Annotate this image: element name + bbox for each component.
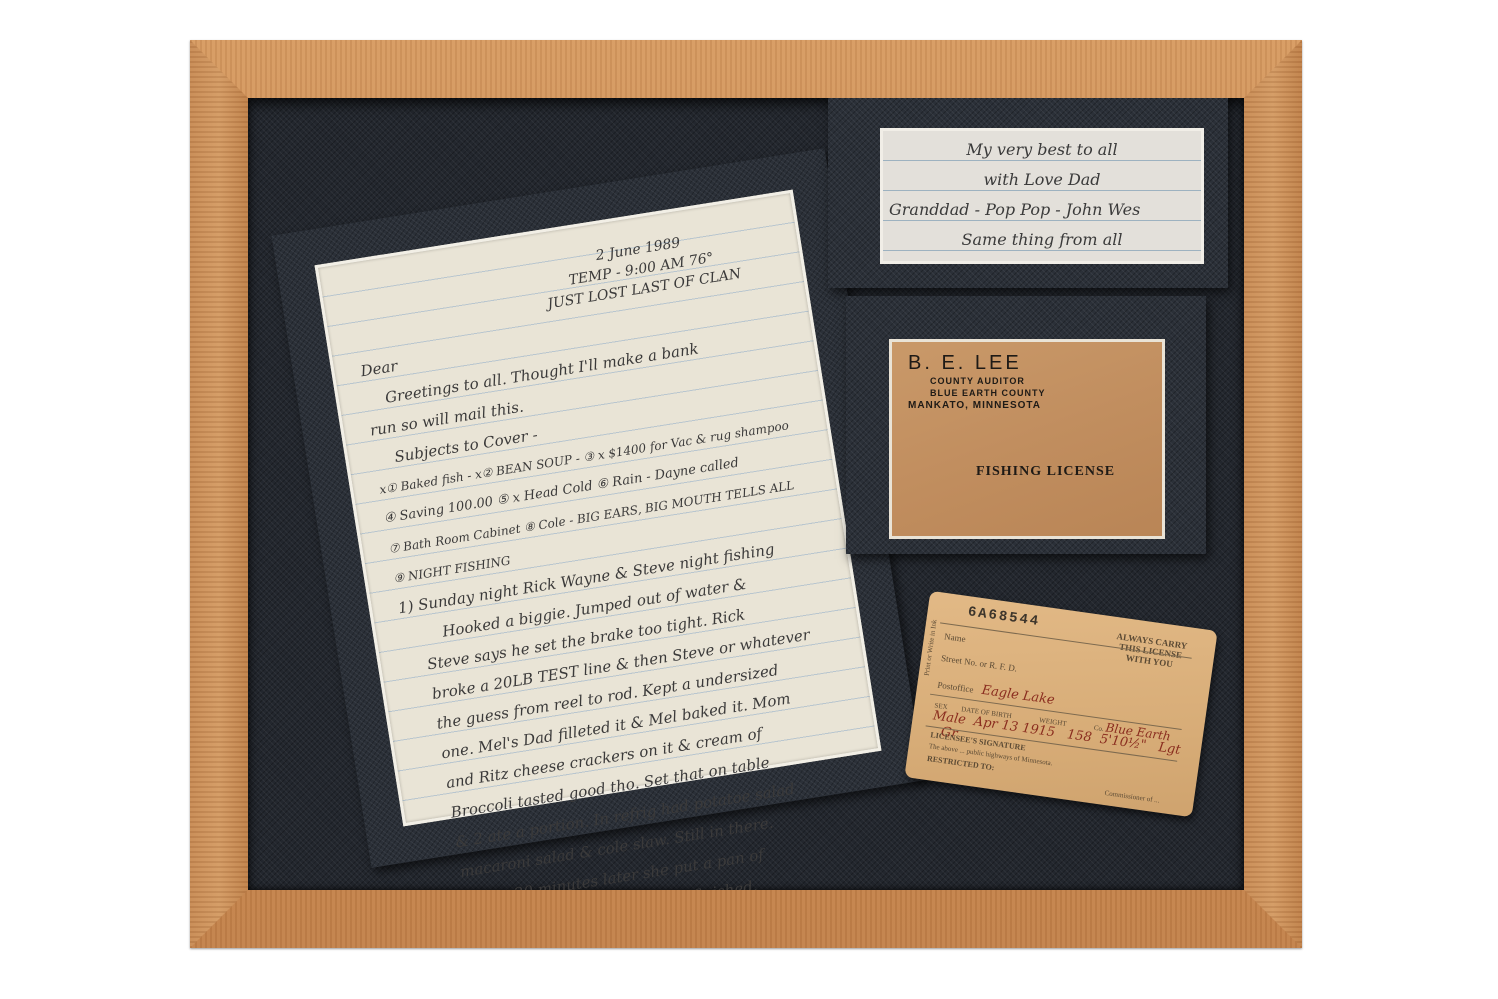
hair-value: Lgt <box>1157 740 1181 758</box>
handwritten-note: My very best to all with Love Dad Grandd… <box>880 128 1204 264</box>
weight-value: 158 <box>1066 727 1093 745</box>
wooden-frame: 2 June 1989 TEMP - 9:00 AM 76° JUST LOST… <box>190 40 1302 948</box>
handwritten-letter: 2 June 1989 TEMP - 9:00 AM 76° JUST LOST… <box>315 190 882 827</box>
frame-right-side <box>1244 40 1302 948</box>
note-line: Same thing from all <box>883 225 1201 255</box>
license-number: 6A68544 <box>967 604 1041 630</box>
fabric-backing: 2 June 1989 TEMP - 9:00 AM 76° JUST LOST… <box>248 98 1244 890</box>
envelope-city: MANKATO, MINNESOTA <box>908 399 1162 412</box>
carry-notice: ALWAYS CARRY THIS LICENSE WITH YOU <box>1113 631 1188 671</box>
envelope-county: BLUE EARTH COUNTY <box>930 387 1162 399</box>
note-mat: My very best to all with Love Dad Grandd… <box>828 98 1228 288</box>
envelope-title: COUNTY AUDITOR <box>930 375 1162 387</box>
letter-mat: 2 June 1989 TEMP - 9:00 AM 76° JUST LOST… <box>271 148 924 868</box>
note-line: Granddad - Pop Pop - John Wes <box>883 195 1201 225</box>
postoffice-label-text: Postoffice <box>937 680 974 695</box>
street-label: Street No. or R. F. D. <box>941 653 1018 674</box>
fishing-license-envelope: B. E. LEE COUNTY AUDITOR BLUE EARTH COUN… <box>889 339 1165 539</box>
envelope-name: B. E. LEE <box>908 352 1162 375</box>
envelope-label: FISHING LICENSE <box>976 464 1162 480</box>
frame-left-side <box>190 40 248 948</box>
fishing-license-card: 6A68544 ALWAYS CARRY THIS LICENSE WITH Y… <box>904 591 1217 818</box>
commissioner-label: Commissioner of ... <box>1104 789 1160 805</box>
envelope-mat: B. E. LEE COUNTY AUDITOR BLUE EARTH COUN… <box>846 296 1206 554</box>
note-line: with Love Dad <box>883 165 1201 195</box>
name-label: Name <box>944 631 967 644</box>
side-text: Print or Write in Ink <box>923 619 939 676</box>
note-line: My very best to all <box>883 135 1201 165</box>
